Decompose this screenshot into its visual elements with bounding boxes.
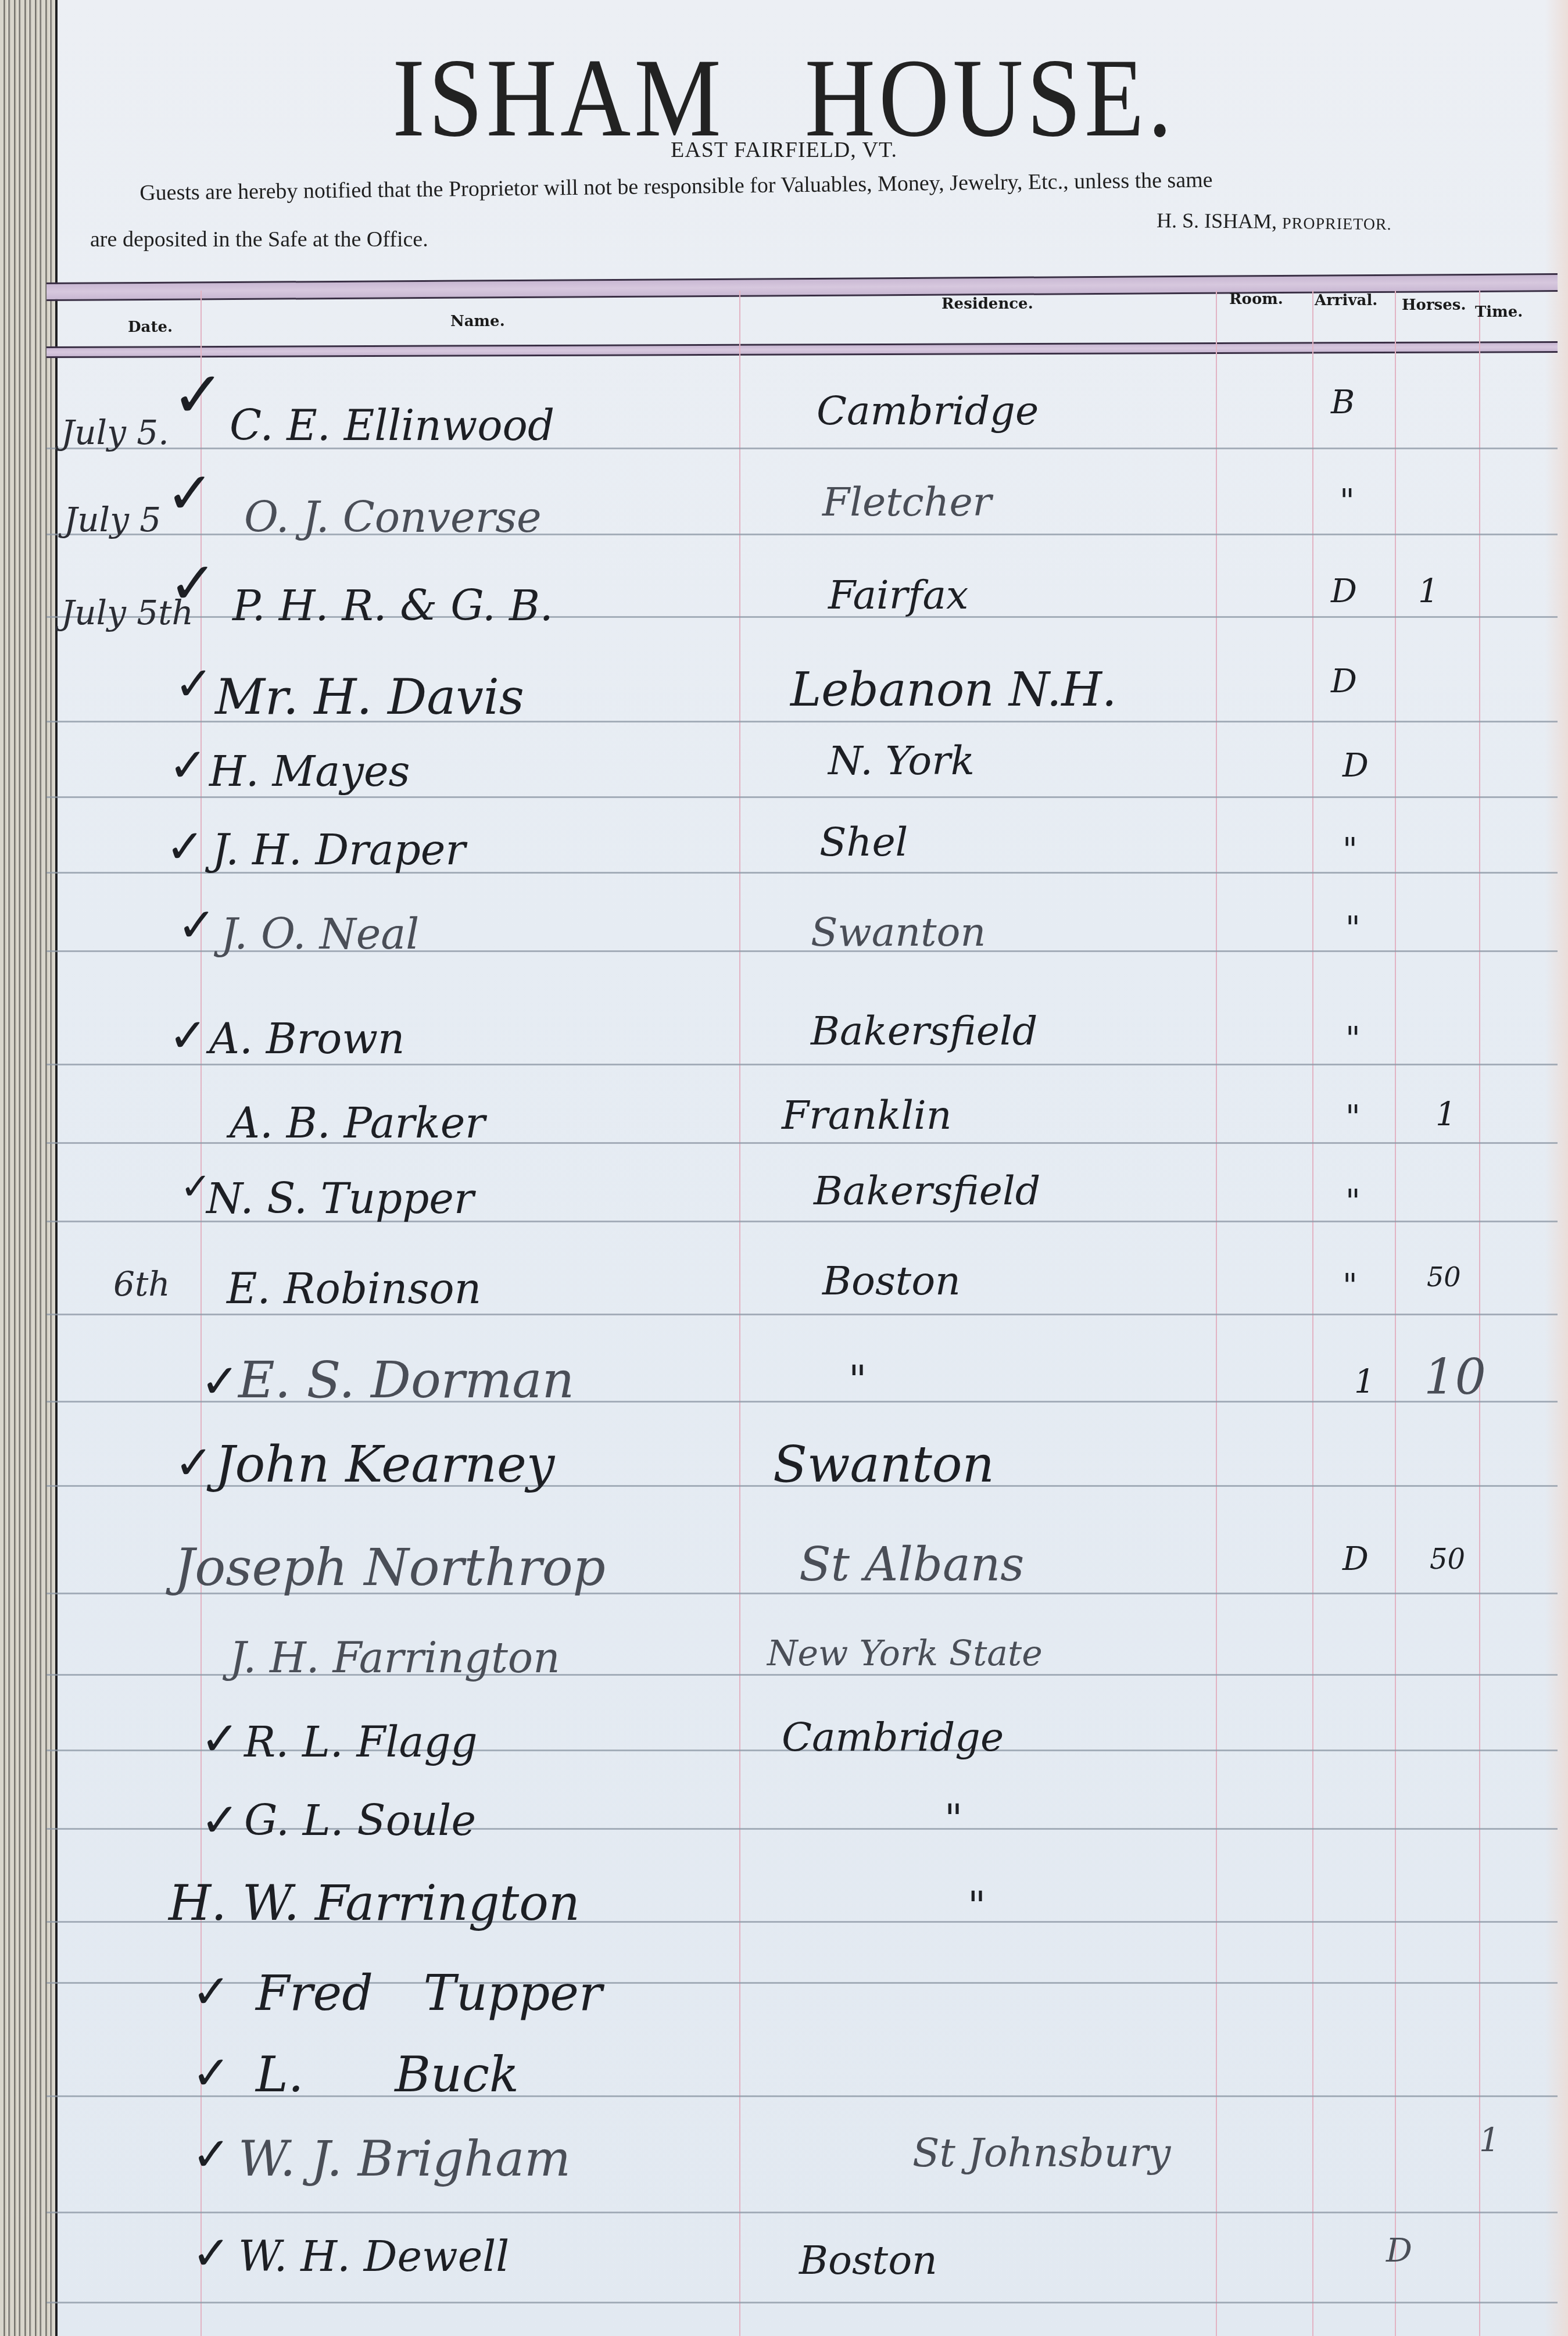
entry-residence: Boston [799,2238,937,2284]
entry-residence: Bakersfield [814,1168,1040,1214]
entry-name: C. E. Ellinwood [230,401,554,450]
entry-horses: 10 [1424,1348,1486,1405]
entry-arrival: " [1345,1099,1361,1136]
entry-name: P. H. R. & G. B. [232,581,553,630]
entry-residence: Lebanon N.H. [790,663,1117,717]
column-header-residence: Residence. [941,295,1033,313]
column-header-date: Date. [128,319,173,336]
entry-residence: Cambridge [817,388,1039,434]
entry-name: E. Robinson [227,1264,481,1313]
row-rule [46,2212,1558,2213]
entry-date: July 5th [61,593,194,632]
entry-horses: 50 [1427,1261,1461,1293]
entry-residence: Bakersfield [811,1008,1037,1054]
entry-arrival: 1 [1354,1363,1375,1401]
proprietor-name: H. S. ISHAM, [1157,209,1277,233]
entry-name: John Kearney [215,1436,554,1494]
checkmark-icon: ✓ [177,898,216,952]
entry-name: W. J. Brigham [238,2130,571,2187]
entry-name: W. H. Dewell [238,2232,509,2281]
entry-residence: N. York [828,738,975,784]
entry-name: Mr. H. Davis [215,668,524,725]
checkmark-icon: ✓ [201,1354,239,1408]
checkmark-icon: ✓ [174,657,213,711]
entry-name: H. Mayes [209,747,410,796]
entry-date: July 5 [64,500,161,539]
entry-name: A. B. Parker [230,1099,485,1147]
entry-residence: Fletcher [822,480,991,525]
entry-name: H. W. Farrington [169,1874,580,1931]
checkmark-icon: ✓ [192,1965,231,2019]
column-header-time: Time. [1475,303,1523,321]
entry-arrival: " [1345,910,1361,947]
entry-horses: 50 [1430,1543,1465,1576]
entry-arrival: " [1343,1267,1358,1305]
entry-name: A. Brown [209,1014,404,1063]
entry-date: 6th [113,1264,170,1304]
entry-name: O. J. Converse [244,493,542,542]
entry-name: J. H. Draper [212,825,466,874]
entry-residence: Fairfax [828,573,968,618]
checkmark-icon: ✓ [169,1008,207,1063]
entry-horses: 1 [1435,1096,1456,1133]
entry-residence: Cambridge [782,1715,1004,1761]
entry-arrival: B [1331,384,1355,421]
entry-residence: " [849,1357,867,1403]
entry-residence: " [944,1796,962,1842]
checkmark-icon: ✓ [192,2127,231,2181]
checkmark-icon: ✓ [192,2226,231,2280]
entry-residence: St Johnsbury [912,2130,1170,2176]
checkmark-icon: ✓ [166,820,205,874]
checkmark-icon: ✓ [171,357,225,432]
entry-residence: Franklin [782,1093,952,1139]
entry-name: E. S. Dorman [238,1351,574,1410]
entry-arrival: " [1345,1020,1361,1058]
entry-residence: New York State [767,1633,1043,1674]
entry-name: Fred Tupper [256,1965,602,2022]
entry-residence: Swanton [773,1436,994,1494]
checkmark-icon: ✓ [166,459,214,527]
entry-arrival: D [1386,2232,1412,2270]
row-rule [46,2302,1558,2303]
column-header-arrival: Arrival. [1315,292,1377,309]
column-header-room: Room. [1229,291,1283,308]
entry-arrival: " [1345,1183,1361,1221]
entry-date: July 5. [61,413,169,452]
column-header-horses: Horses. [1402,296,1466,314]
entry-arrival: D [1343,1540,1369,1578]
checkmark-icon: ✓ [192,2046,231,2100]
checkmark-icon: ✓ [174,1436,213,1490]
row-rule [46,1314,1558,1315]
entry-arrival: D [1331,663,1357,700]
entry-residence: " [968,1883,986,1929]
proprietor-signature: H. S. ISHAM, PROPRIETOR. [1157,208,1392,235]
entry-horses: 1 [1418,573,1439,610]
entry-arrival: " [1340,482,1355,520]
entry-name: R. L. Flagg [244,1718,478,1766]
notice-line-2: are deposited in the Safe at the Office. [90,227,428,252]
entry-name: J. O. Neal [221,910,419,958]
checkmark-icon: ✓ [201,1793,239,1847]
checkmark-icon: ✓ [169,738,207,792]
entry-name: L. Buck [256,2046,519,2103]
entry-name: G. L. Soule [244,1796,476,1845]
entry-residence: St Albans [799,1537,1024,1591]
entry-arrival: D [1331,573,1357,610]
proprietor-title: PROPRIETOR. [1282,214,1392,234]
hotel-location: EAST FAIRFIELD, VT. [0,137,1568,163]
entry-name: Joseph Northrop [174,1537,606,1597]
entry-name: J. H. Farrington [230,1633,560,1682]
entry-residence: Boston [822,1258,961,1304]
row-rule [46,1064,1558,1065]
entry-residence: Shel [819,820,908,865]
column-header-name: Name. [450,313,505,330]
entry-arrival: " [1343,831,1358,869]
entry-residence: Swanton [811,910,986,956]
checkmark-icon: ✓ [201,1712,239,1766]
entry-name: N. S. Tupper [206,1174,474,1223]
entry-arrival: D [1343,747,1369,785]
row-rule [46,796,1558,798]
entry-time: 1 [1479,2122,1500,2159]
